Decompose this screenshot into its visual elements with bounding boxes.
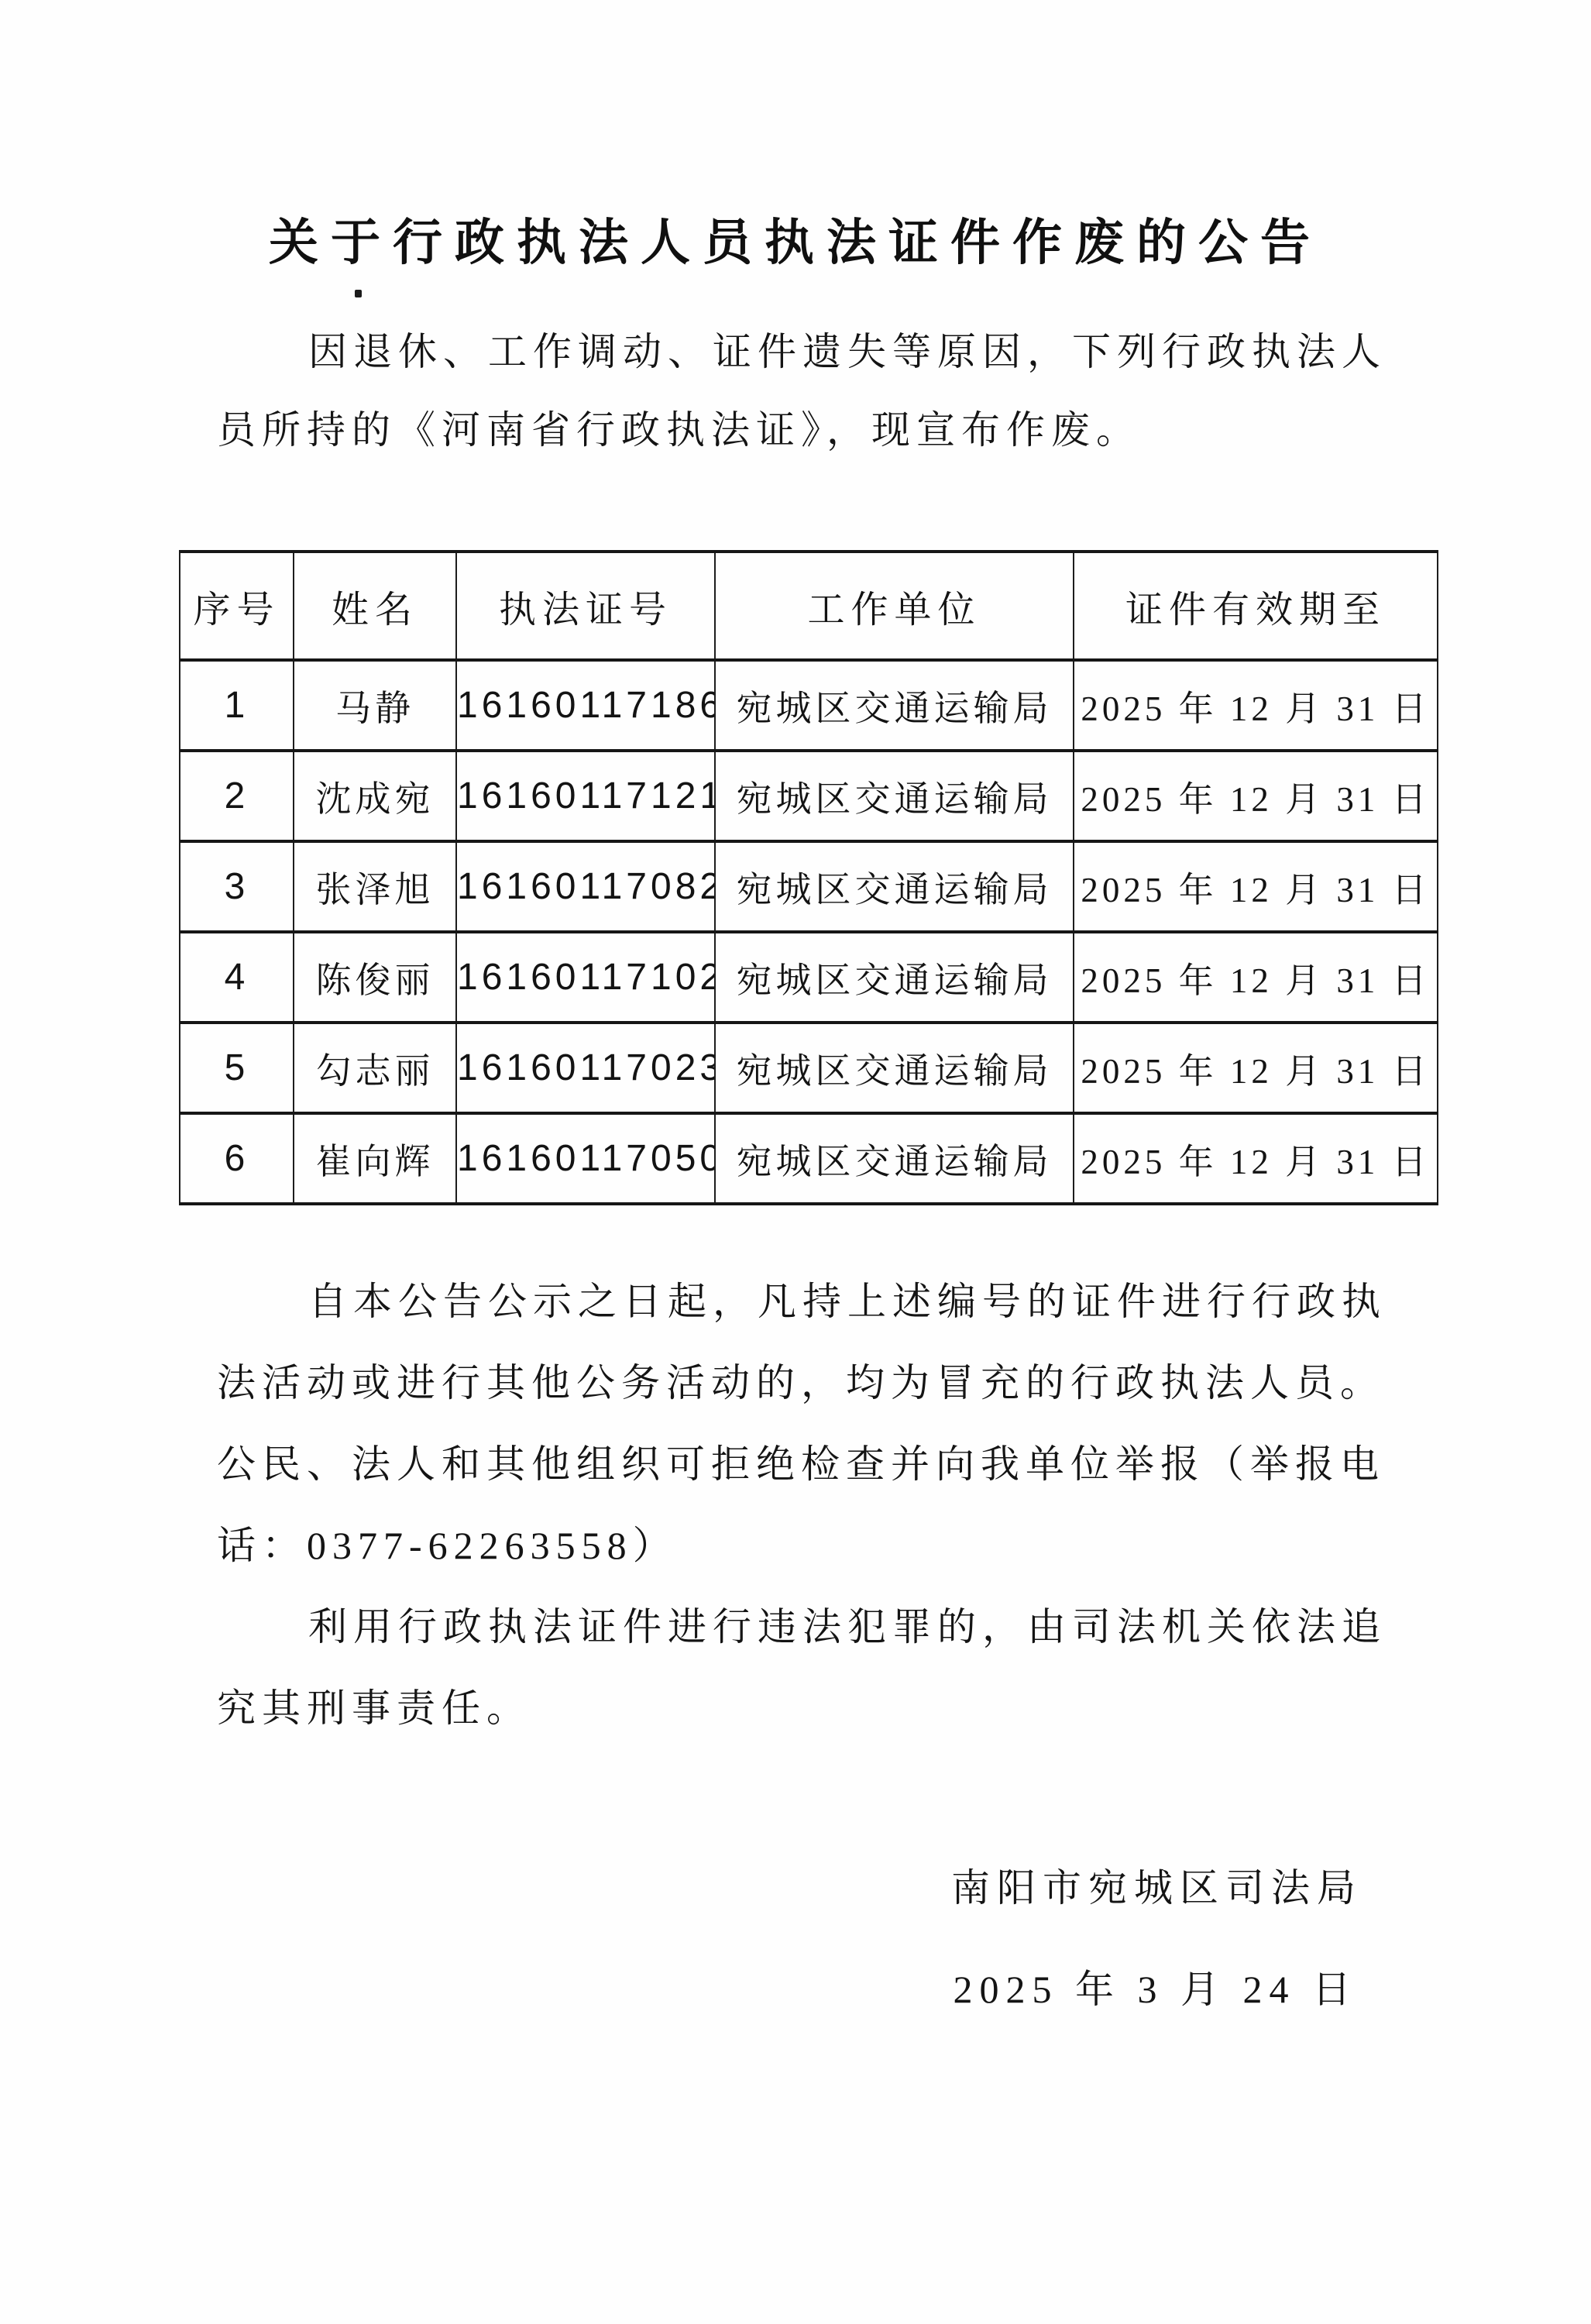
cell-work-unit: 宛城区交通运输局 (715, 1023, 1074, 1113)
cell-name: 勾志丽 (294, 1023, 456, 1113)
cell-valid-until: 2025 年 12 月 31 日 (1074, 841, 1438, 932)
cell-name: 马静 (294, 660, 456, 751)
cell-valid-until: 2025 年 12 月 31 日 (1074, 1113, 1438, 1204)
cell-valid-until: 2025 年 12 月 31 日 (1074, 1023, 1438, 1113)
cell-work-unit: 宛城区交通运输局 (715, 1113, 1074, 1204)
announcement-document: 关于行政执法人员执法证件作废的公告 因退休、工作调动、证件遗失等原因，下列行政执… (0, 0, 1591, 2324)
table-row: 6 崔向辉 16160117050 宛城区交通运输局 2025 年 12 月 3… (180, 1113, 1438, 1204)
cell-cert-no: 16160117023 (456, 1023, 715, 1113)
table-row: 2 沈成宛 16160117121 宛城区交通运输局 2025 年 12 月 3… (180, 751, 1438, 841)
cell-index: 6 (180, 1113, 294, 1204)
table-header-row: 序号 姓名 执法证号 工作单位 证件有效期至 (180, 552, 1438, 660)
cell-index: 1 (180, 660, 294, 751)
notice-paragraph: 自本公告公示之日起，凡持上述编号的证件进行行政执 法活动或进行其他公务活动的，均… (217, 1261, 1394, 1587)
cell-valid-until: 2025 年 12 月 31 日 (1074, 660, 1438, 751)
table-row: 3 张泽旭 16160117082 宛城区交通运输局 2025 年 12 月 3… (180, 841, 1438, 932)
header-cell-work-unit: 工作单位 (715, 552, 1074, 660)
header-cell-cert-no: 执法证号 (456, 552, 715, 660)
cell-cert-no: 16160117082 (456, 841, 715, 932)
header-cell-valid-until: 证件有效期至 (1074, 552, 1438, 660)
cell-index: 4 (180, 932, 294, 1023)
cell-cert-no: 16160117121 (456, 751, 715, 841)
cell-valid-until: 2025 年 12 月 31 日 (1074, 751, 1438, 841)
cell-name: 陈俊丽 (294, 932, 456, 1023)
cell-index: 3 (180, 841, 294, 932)
cell-name: 张泽旭 (294, 841, 456, 932)
cell-name: 崔向辉 (294, 1113, 456, 1204)
table-row: 5 勾志丽 16160117023 宛城区交通运输局 2025 年 12 月 3… (180, 1023, 1438, 1113)
header-cell-index: 序号 (180, 552, 294, 660)
cell-index: 2 (180, 751, 294, 841)
signature-date: 2025 年 3 月 24 日 (951, 1939, 1362, 2040)
cell-cert-no: 16160117186 (456, 660, 715, 751)
cell-index: 5 (180, 1023, 294, 1113)
intro-paragraph: 因退休、工作调动、证件遗失等原因，下列行政执法人 员所持的《河南省行政执法证》，… (217, 313, 1394, 469)
issuer-name: 南阳市宛城区司法局 (951, 1838, 1362, 1939)
cell-work-unit: 宛城区交通运输局 (715, 660, 1074, 751)
cell-work-unit: 宛城区交通运输局 (715, 751, 1074, 841)
cell-work-unit: 宛城区交通运输局 (715, 932, 1074, 1023)
legal-paragraph: 利用行政执法证件进行违法犯罪的，由司法机关依法追 究其刑事责任。 (217, 1587, 1394, 1749)
page-title: 关于行政执法人员执法证件作废的公告 (0, 203, 1591, 274)
cell-valid-until: 2025 年 12 月 31 日 (1074, 932, 1438, 1023)
cell-work-unit: 宛城区交通运输局 (715, 841, 1074, 932)
certificates-table: 序号 姓名 执法证号 工作单位 证件有效期至 1 马静 16160117186 … (179, 550, 1438, 1205)
signature-block: 南阳市宛城区司法局 2025 年 3 月 24 日 (951, 1838, 1362, 2040)
table-row: 4 陈俊丽 16160117102 宛城区交通运输局 2025 年 12 月 3… (180, 932, 1438, 1023)
table-row: 1 马静 16160117186 宛城区交通运输局 2025 年 12 月 31… (180, 660, 1438, 751)
cell-name: 沈成宛 (294, 751, 456, 841)
scan-artifact-dot (355, 290, 362, 297)
cell-cert-no: 16160117102 (456, 932, 715, 1023)
cell-cert-no: 16160117050 (456, 1113, 715, 1204)
header-cell-name: 姓名 (294, 552, 456, 660)
